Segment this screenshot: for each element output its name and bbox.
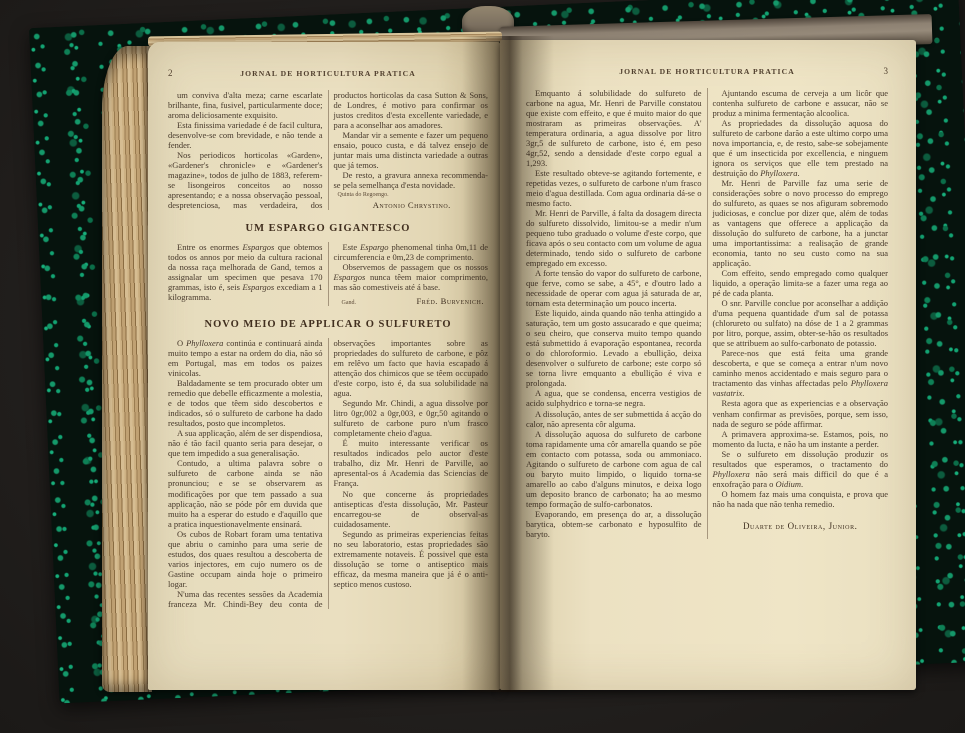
paragraph: Baldadamente se tem procurado obter um r… [168, 378, 323, 428]
paragraph: Entre os enormes Espargos que obtemos to… [168, 242, 323, 302]
left-running-title: JORNAL DE HORTICULTURA PRATICA [198, 69, 458, 78]
paragraph: A dissolução aquosa do sulfureto de carb… [526, 429, 702, 509]
left-page-number: 2 [168, 68, 198, 78]
byline-place: Gand. [342, 300, 357, 306]
paragraph: A agua, que se condensa, encerra vestigi… [526, 388, 702, 408]
paragraph: De resto, a gravura annexa recommenda-se… [334, 170, 489, 190]
photo-background: 2 JORNAL DE HORTICULTURA PRATICA um conv… [0, 0, 965, 733]
paragraph: Parece-nos que está feita uma grande des… [713, 348, 889, 398]
right-page-header: JORNAL DE HORTICULTURA PRATICA 3 [526, 66, 888, 76]
paragraph: Este liquido, ainda quando não tenha att… [526, 308, 702, 388]
page-fan-edges [102, 46, 152, 692]
paragraph: Este Espargo phenomenal tinha 0m,11 de c… [334, 242, 489, 262]
paragraph: Se o sulfureto em dissolução produzir os… [713, 449, 889, 489]
paragraph: Resta agora que as experiencias e a obse… [713, 398, 889, 428]
paragraph: Segundo Mr. Chindi, a agua dissolve por … [334, 398, 489, 438]
paragraph: Mr. Henri de Parville faz uma serie de c… [713, 178, 889, 268]
left-page: 2 JORNAL DE HORTICULTURA PRATICA um conv… [148, 42, 500, 690]
left-page-header: 2 JORNAL DE HORTICULTURA PRATICA [168, 68, 488, 78]
paragraph: Ajuntando escuma de cerveja a um licôr q… [713, 88, 889, 118]
paragraph: Segundo as primeiras experiencias feitas… [334, 529, 489, 589]
paragraph: Este resultado obteve-se agitando fortem… [526, 168, 702, 208]
paragraph: O homem faz mais uma conquista, e prova … [713, 489, 889, 509]
byline-author: Antonio Chrystino. [338, 200, 487, 210]
paragraph: Esta finissima variedade é de facil cult… [168, 120, 323, 150]
paragraph: O snr. Parville conclue por aconselhar a… [713, 298, 889, 348]
right-running-title: JORNAL DE HORTICULTURA PRATICA [556, 67, 858, 76]
paragraph: A forte tensão do vapor do sulfureto de … [526, 268, 702, 308]
byline-author: Fréd. Burvenich. [417, 296, 484, 306]
paragraph: A primavera approxima-se. Estamos, pois,… [713, 429, 889, 449]
paragraph: O Phylloxera continúa e continuará ainda… [168, 338, 323, 378]
section-intro: um conviva d'alta meza; carne escarlate … [168, 90, 488, 210]
paragraph: Os cubos de Robart foram uma tentativa q… [168, 529, 323, 589]
article-heading-espargo: UM ESPARGO GIGANTESCO [168, 223, 488, 234]
byline: Quinta do Regoengo. Antonio Chrystino. [338, 192, 487, 210]
article-heading-sulfureto: NOVO MEIO DE APPLICAR O SULFURETO [168, 319, 488, 330]
section-sulfureto-continued: Emquanto á solubilidade do sulfureto de … [526, 88, 888, 539]
paragraph: As propriedades da dissolução aquosa do … [713, 118, 889, 178]
paragraph: Emquanto á solubilidade do sulfureto de … [526, 88, 702, 168]
paragraph: Com effeito, sendo empregado como qualqu… [713, 268, 889, 298]
article-signature: Duarte de Oliveira, Junior. [713, 521, 889, 531]
paragraph: Observemos de passagem que os nossos Esp… [334, 262, 489, 292]
paragraph: Mr. Henri de Parville, á falta da dosage… [526, 208, 702, 268]
paragraph: um conviva d'alta meza; carne escarlate … [168, 90, 323, 120]
section-sulfureto: O Phylloxera continúa e continuará ainda… [168, 338, 488, 608]
paragraph: No que concerne ás propriedades antisept… [334, 489, 489, 529]
paragraph: A sua applicação, além de ser dispendios… [168, 428, 323, 458]
paragraph: Mandar vir a semente e fazer um pequeno … [334, 130, 489, 170]
paragraph: Evaporando, em presença do ar, a dissolu… [526, 509, 702, 539]
right-page: JORNAL DE HORTICULTURA PRATICA 3 Emquant… [500, 40, 916, 690]
section-espargo: Entre os enormes Espargos que obtemos to… [168, 242, 488, 306]
right-page-number: 3 [858, 66, 888, 76]
paragraph: É muito interessante verificar os result… [334, 438, 489, 488]
byline: Gand. Fréd. Burvenich. [342, 296, 485, 306]
paragraph: A dissolução, antes de ser submettida á … [526, 409, 702, 429]
paragraph: Contudo, a ultima palavra sobre o sulfur… [168, 458, 323, 528]
byline-place: Quinta do Regoengo. [338, 192, 487, 198]
